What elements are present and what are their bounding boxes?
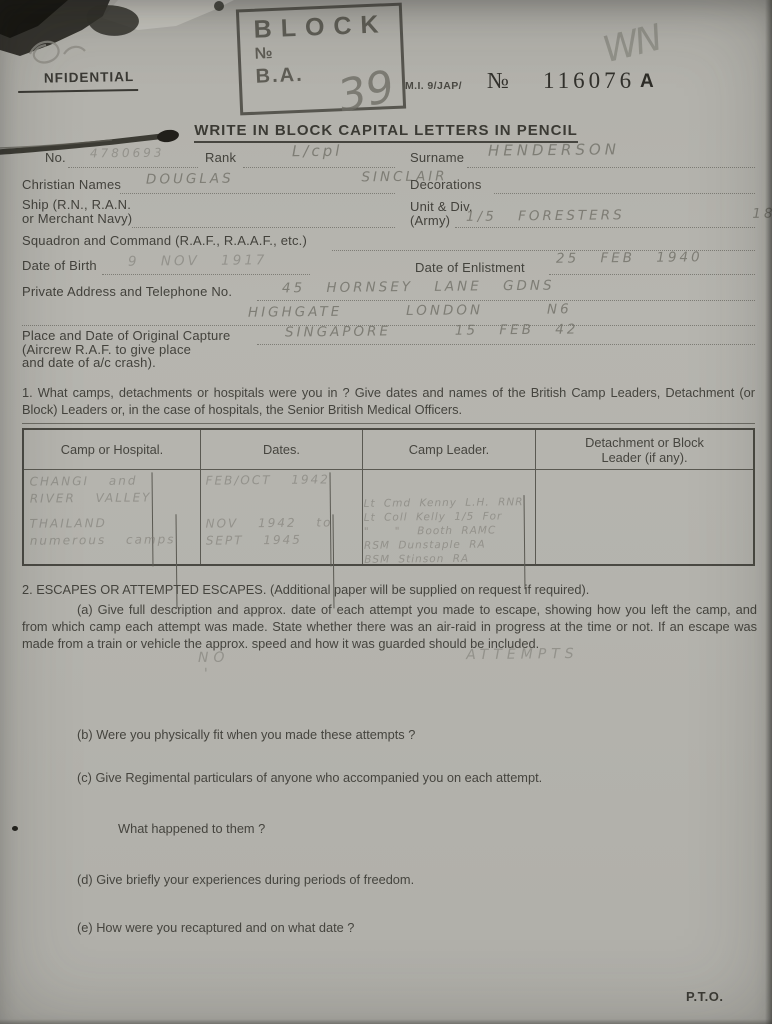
field-surname-value: HENDERSON (488, 140, 620, 159)
field-ship-label-line2: or Merchant Navy) (22, 211, 132, 226)
field-enlistment-value: 25 FEB 1940 (556, 249, 703, 267)
field-christian-names-label: Christian Names (22, 177, 121, 192)
field-unit-label-line2: (Army) (410, 213, 450, 228)
header-dates: Dates. (201, 430, 363, 469)
field-address-label: Private Address and Telephone No. (22, 284, 232, 299)
table-top-rule (22, 423, 755, 424)
field-rank-value: L/cpl (292, 142, 343, 161)
handwritten-initials: WN (599, 18, 664, 71)
field-address-value-line2: HIGHGATE LONDON N6 (248, 301, 572, 320)
question-2b-text: (b) Were you physically fit when you mad… (77, 727, 415, 742)
field-capture-value: SINGAPORE 15 FEB 42 (285, 321, 579, 340)
stamp-line-block: BLOCK (253, 10, 400, 45)
question-2a-text: (a) Give full description and approx. da… (22, 601, 757, 652)
answer-no-attempts: NO ATTEMPTS (198, 646, 579, 666)
camp-table-body: CHANGI and RIVER VALLEY FEB/OCT 1942 THA… (24, 470, 753, 564)
field-dob-label: Date of Birth (22, 258, 97, 273)
reference-series-letter: A (640, 71, 654, 93)
camp-table: Camp or Hospital. Dates. Camp Leader. De… (22, 428, 755, 566)
field-capture-label-line1: Place and Date of Original Capture (22, 328, 230, 343)
stamp-handwritten-number: 39 (334, 61, 400, 123)
field-no-value: 4780693 (90, 146, 165, 161)
body-cell-detachment (536, 470, 753, 564)
header-camp-or-hospital: Camp or Hospital. (24, 430, 201, 469)
question-2c2-text: What happened to them ? (118, 821, 265, 836)
field-dob-value: 9 NOV 1917 (128, 252, 268, 269)
camp-leader-entries: Lt Cmd Kenny L.H. RNR Lt Coll Kelly 1/5 … (364, 495, 526, 591)
field-squadron-label: Squadron and Command (R.A.F., R.A.A.F., … (22, 233, 307, 248)
scan-bottom-edge (0, 1019, 772, 1024)
header-camp-leader: Camp Leader. (363, 430, 536, 469)
dotted-line (132, 212, 395, 228)
reference-no-sign: № (487, 68, 510, 94)
question-1-text: 1. What camps, detachments or hospitals … (22, 384, 755, 418)
page-title-text: WRITE IN BLOCK CAPITAL LETTERS IN PENCIL (194, 122, 578, 143)
field-rank-label: Rank (205, 150, 236, 165)
field-decorations-label: Decorations (410, 177, 482, 192)
pto-footer: P.T.O. (686, 989, 723, 1004)
question-2c-text: (c) Give Regimental particulars of anyon… (77, 770, 542, 785)
ink-dot-mark (12, 826, 18, 831)
reference-number: 116076 (543, 68, 635, 94)
question-2d-text: (d) Give briefly your experiences during… (77, 872, 414, 887)
mi9-department-label: M.I. 9/JAP/ (405, 80, 462, 92)
field-surname-label: Surname (410, 150, 464, 165)
block-number-stamp: BLOCK № B.A. 39 (236, 3, 406, 116)
question-2-heading: 2. ESCAPES OR ATTEMPTED ESCAPES. (Additi… (22, 581, 755, 598)
scan-right-edge (765, 0, 772, 1024)
field-enlistment-label: Date of Enlistment (415, 260, 525, 275)
dotted-line (494, 178, 755, 194)
field-capture-label-line3: and date of a/c crash). (22, 355, 156, 370)
field-no-label: No. (45, 150, 66, 165)
confidential-heading: NFIDENTIAL (18, 69, 139, 93)
answer-tick-mark: ' (204, 666, 211, 682)
pow-questionnaire-page: NFIDENTIAL BLOCK № B.A. 39 M.I. 9/JAP/ №… (0, 0, 772, 1024)
field-address-value-line1: 45 HORNSEY LANE GDNS (282, 278, 555, 297)
question-2e-text: (e) How were you recaptured and on what … (77, 920, 354, 935)
pencil-scribble-graphic (30, 42, 85, 63)
field-unit-value: 1/5 FORESTERS 18 DIV (466, 205, 772, 225)
page-title: WRITE IN BLOCK CAPITAL LETTERS IN PENCIL (0, 122, 772, 143)
camp-table-header-row: Camp or Hospital. Dates. Camp Leader. De… (24, 430, 753, 470)
header-detachment-leader: Detachment or Block Leader (if any). (536, 430, 753, 469)
field-ship-label-line1: Ship (R.N., R.A.N. (22, 197, 131, 212)
field-christian-names-value: DOUGLAS SINCLAIR (146, 168, 448, 187)
